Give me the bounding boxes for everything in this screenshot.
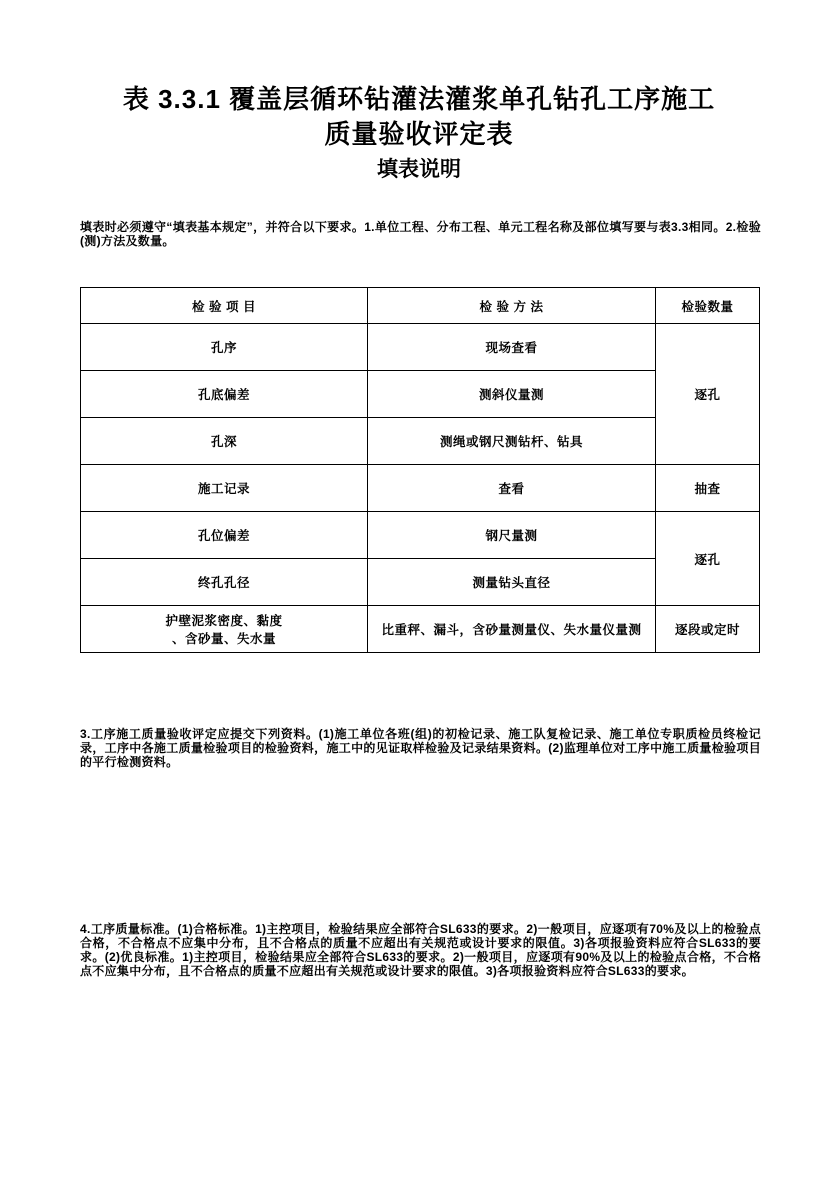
document-title: 表 3.3.1 覆盖层循环钻灌法灌浆单孔钻孔工序施工 质量验收评定表 [0, 82, 838, 152]
quantity-cell: 逐段或定时 [656, 606, 760, 653]
table-row: 施工记录查看抽查 [81, 465, 760, 512]
method-cell: 测斜仪量测 [368, 371, 656, 418]
standards-paragraph: 4.工序质量标准。(1)合格标准。1)主控项目，检验结果应全部符合SL633的要… [80, 922, 761, 978]
item-cell: 施工记录 [81, 465, 368, 512]
header-inspection-quantity: 检验数量 [656, 288, 760, 324]
method-cell: 查看 [368, 465, 656, 512]
item-cell: 孔位偏差 [81, 512, 368, 559]
quantity-cell: 逐孔 [656, 324, 760, 465]
table-row: 护壁泥浆密度、黏度 、含砂量、失水量比重秤、漏斗，含砂量测量仪、失水量仪量测逐段… [81, 606, 760, 653]
item-cell: 护壁泥浆密度、黏度 、含砂量、失水量 [81, 606, 368, 653]
quantity-cell: 逐孔 [656, 512, 760, 606]
item-cell: 终孔孔径 [81, 559, 368, 606]
method-cell: 钢尺量测 [368, 512, 656, 559]
table-header-row: 检 验 项 目 检 验 方 法 检验数量 [81, 288, 760, 324]
table-row: 孔位偏差钢尺量测逐孔 [81, 512, 760, 559]
method-cell: 测绳或钢尺测钻杆、钻具 [368, 418, 656, 465]
method-cell: 比重秤、漏斗，含砂量测量仪、失水量仪量测 [368, 606, 656, 653]
intro-paragraph: 填表时必须遵守“填表基本规定”，并符合以下要求。1.单位工程、分布工程、单元工程… [80, 220, 761, 248]
materials-paragraph: 3.工序施工质量验收评定应提交下列资料。(1)施工单位各班(组)的初检记录、施工… [80, 727, 761, 769]
header-inspection-item: 检 验 项 目 [81, 288, 368, 324]
method-cell: 测量钻头直径 [368, 559, 656, 606]
header-inspection-method: 检 验 方 法 [368, 288, 656, 324]
method-cell: 现场查看 [368, 324, 656, 371]
item-cell: 孔底偏差 [81, 371, 368, 418]
document-page: 表 3.3.1 覆盖层循环钻灌法灌浆单孔钻孔工序施工 质量验收评定表 填表说明 … [0, 0, 838, 1186]
item-cell: 孔序 [81, 324, 368, 371]
item-cell: 孔深 [81, 418, 368, 465]
table-row: 孔序现场查看逐孔 [81, 324, 760, 371]
document-subtitle: 填表说明 [0, 156, 838, 184]
quantity-cell: 抽查 [656, 465, 760, 512]
inspection-table: 检 验 项 目 检 验 方 法 检验数量 孔序现场查看逐孔孔底偏差测斜仪量测孔深… [80, 287, 760, 653]
